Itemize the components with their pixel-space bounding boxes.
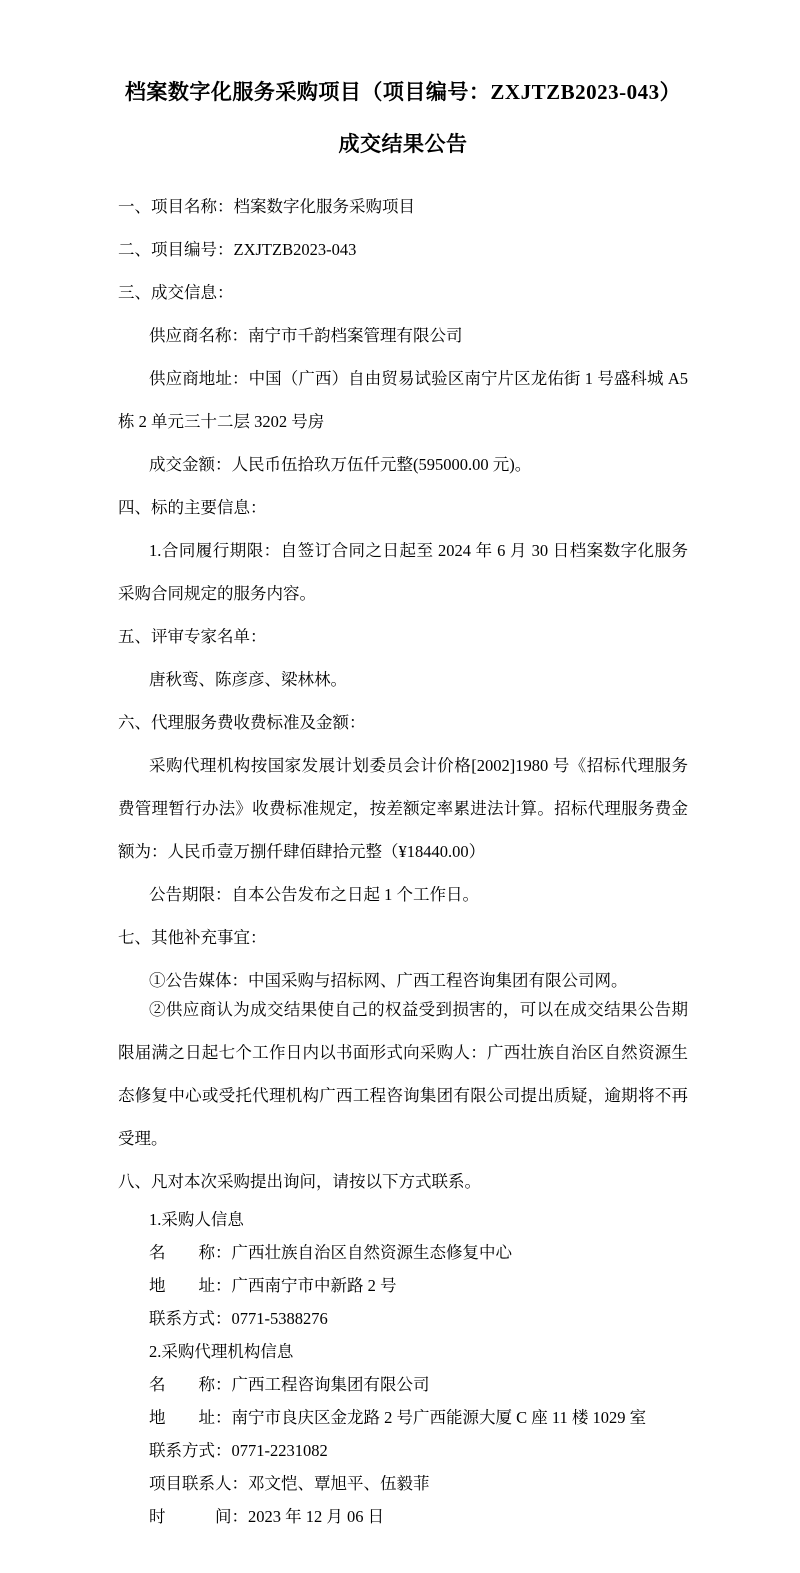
agency-name: 名 称：广西工程咨询集团有限公司	[118, 1368, 688, 1401]
contact-heading: 八、凡对本次采购提出询问，请按以下方式联系。	[118, 1160, 688, 1203]
agency-address: 地 址：南宁市良庆区金龙路 2 号广西能源大厦 C 座 11 楼 1029 室	[118, 1401, 688, 1434]
announcement-period: 公告期限：自本公告发布之日起 1 个工作日。	[118, 873, 688, 916]
experts-heading: 五、评审专家名单：	[118, 615, 688, 658]
document-title-line2: 成交结果公告	[118, 118, 688, 170]
experts-list: 唐秋鸾、陈彦彦、梁林林。	[118, 658, 688, 701]
objection-notice: ②供应商认为成交结果使自己的权益受到损害的，可以在成交结果公告期限届满之日起七个…	[118, 988, 688, 1160]
document-body: 一、项目名称：档案数字化服务采购项目二、项目编号：ZXJTZB2023-043三…	[118, 185, 688, 1533]
other-matters-heading: 七、其他补充事宜：	[118, 916, 688, 959]
document-page: 档案数字化服务采购项目（项目编号：ZXJTZB2023-043） 成交结果公告 …	[0, 0, 800, 1573]
contract-period: 1.合同履行期限：自签订合同之日起至 2024 年 6 月 30 日档案数字化服…	[118, 529, 688, 615]
agency-fee-detail: 采购代理机构按国家发展计划委员会计价格[2002]1980 号《招标代理服务费管…	[118, 744, 688, 873]
agency-contact: 联系方式：0771-2231082	[118, 1434, 688, 1467]
supplier-name: 供应商名称：南宁市千韵档案管理有限公司	[118, 314, 688, 357]
award-amount: 成交金额：人民币伍拾玖万伍仟元整(595000.00 元)。	[118, 443, 688, 486]
subject-info-heading: 四、标的主要信息：	[118, 486, 688, 529]
document-title-line1: 档案数字化服务采购项目（项目编号：ZXJTZB2023-043）	[118, 66, 688, 118]
announcement-date: 时 间：2023 年 12 月 06 日	[118, 1500, 688, 1533]
purchaser-info-label: 1.采购人信息	[118, 1203, 688, 1236]
purchaser-address: 地 址：广西南宁市中新路 2 号	[118, 1269, 688, 1302]
purchaser-name: 名 称：广西壮族自治区自然资源生态修复中心	[118, 1236, 688, 1269]
purchaser-contact: 联系方式：0771-5388276	[118, 1302, 688, 1335]
award-info-heading: 三、成交信息：	[118, 271, 688, 314]
supplier-address: 供应商地址：中国（广西）自由贸易试验区南宁片区龙佑街 1 号盛科城 A5 栋 2…	[118, 357, 688, 443]
project-number: 二、项目编号：ZXJTZB2023-043	[118, 228, 688, 271]
agency-fee-heading: 六、代理服务费收费标准及金额：	[118, 701, 688, 744]
project-name: 一、项目名称：档案数字化服务采购项目	[118, 185, 688, 228]
agency-info-label: 2.采购代理机构信息	[118, 1335, 688, 1368]
project-contacts: 项目联系人：邓文恺、覃旭平、伍毅菲	[118, 1467, 688, 1500]
